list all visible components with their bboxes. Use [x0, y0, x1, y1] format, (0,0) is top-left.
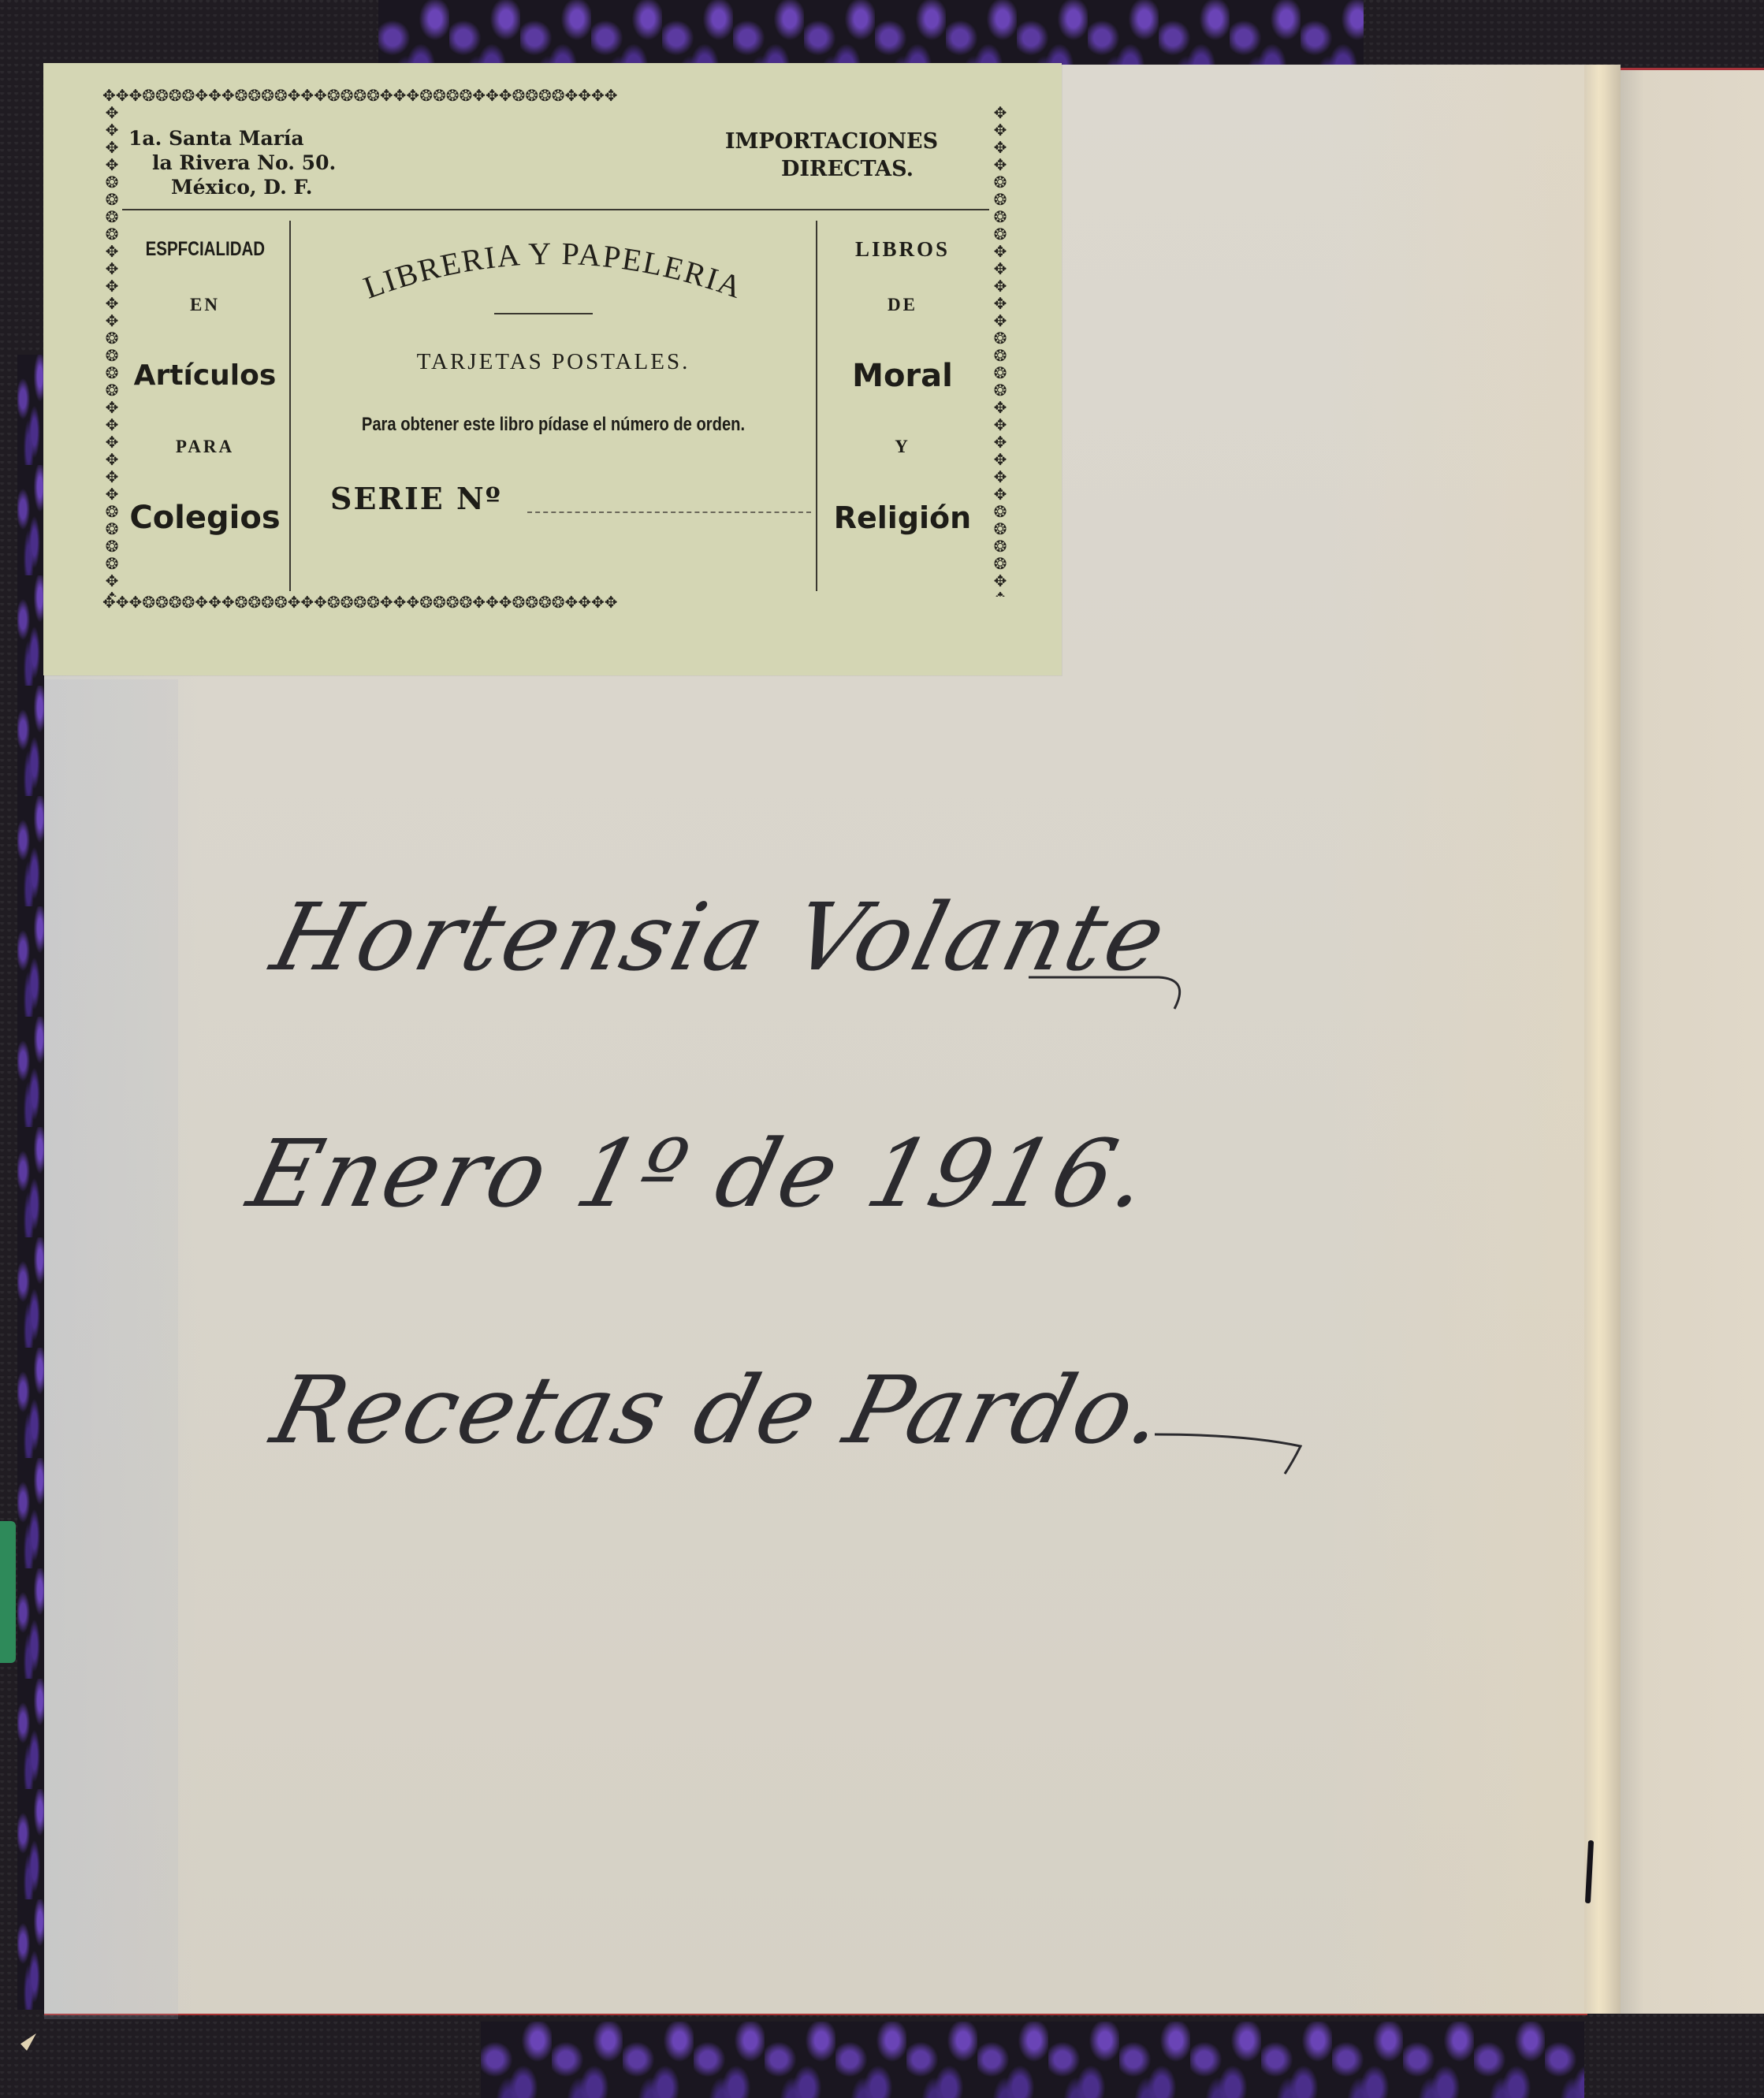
postcards-text: TARJETAS POSTALES.	[291, 349, 816, 375]
books-column: LIBROS DE Moral Y Religión	[820, 225, 985, 557]
order-note: Para obtener este libro pídase el número…	[333, 414, 773, 436]
flourish-stroke-2	[1151, 1419, 1324, 1482]
address-line: México, D. F.	[128, 175, 336, 199]
specialty-para: PARA	[122, 415, 288, 478]
inscription-date: Enero 1º de 1916.	[239, 1119, 1162, 1228]
divider-vertical-right	[816, 221, 817, 591]
imports-line: DIRECTAS.	[674, 155, 989, 183]
specialty-articulos: Artículos	[122, 337, 288, 415]
flourish-stroke-1	[1025, 962, 1198, 1025]
books-de: DE	[820, 273, 985, 337]
books-moral: Moral	[820, 337, 985, 415]
facing-page-edge	[1621, 68, 1764, 2014]
imports-line: IMPORTACIONES	[674, 128, 989, 155]
serie-label: SERIE Nº	[330, 481, 502, 516]
ornamental-border-right: ✥✥✥✥❂❂❂❂✥✥✥✥✥❂❂❂❂✥✥✥✥✥✥❂❂❂❂✥✥✥	[991, 104, 1010, 597]
shop-address: 1a. Santa María la Rivera No. 50. México…	[128, 126, 336, 199]
inscription-title: Recetas de Pardo.	[262, 1356, 1178, 1464]
marbled-board-bottom	[481, 2022, 1584, 2098]
marbled-board-top	[378, 0, 1364, 65]
specialty-column: ESPFCIALIDAD EN Artículos PARA Colegios	[122, 225, 288, 557]
paper-shadow	[44, 679, 178, 2019]
address-line: la Rivera No. 50.	[128, 151, 336, 175]
books-religion: Religión	[820, 478, 985, 557]
serie-number-blank	[527, 511, 811, 513]
svg-text:LIBRERIA Y PAPELERIA: LIBRERIA Y PAPELERIA	[359, 236, 747, 306]
book-gutter-fold	[1584, 65, 1621, 2014]
ornamental-border-left: ✥✥✥✥❂❂❂❂✥✥✥✥✥❂❂❂❂✥✥✥✥✥✥❂❂❂❂✥✥✥	[102, 104, 121, 597]
shop-name-arched: LIBRERIA Y PAPELERIA	[291, 225, 816, 319]
address-line: 1a. Santa María	[128, 126, 336, 151]
books-y: Y	[820, 415, 985, 478]
imports-heading: IMPORTACIONES DIRECTAS.	[674, 128, 989, 183]
short-divider	[494, 313, 593, 314]
marbled-board-left	[17, 355, 46, 2010]
divider-horizontal	[122, 209, 989, 210]
specialty-heading: ESPFCIALIDAD	[145, 225, 264, 273]
ornamental-border-top: ✥✥✥❂❂❂❂✥✥✥❂❂❂❂✥✥✥❂❂❂❂✥✥✥❂❂❂❂✥✥✥❂❂❂❂✥✥✥✥	[102, 87, 1009, 107]
green-bookmark-tab	[0, 1521, 16, 1663]
specialty-en: EN	[122, 273, 288, 337]
books-libros: LIBROS	[820, 225, 985, 273]
specialty-colegios: Colegios	[122, 478, 288, 557]
shop-name: LIBRERIA Y PAPELERIA	[359, 236, 747, 306]
ornamental-border-bottom: ✥✥✥❂❂❂❂✥✥✥❂❂❂❂✥✥✥❂❂❂❂✥✥✥❂❂❂❂✥✥✥❂❂❂❂✥✥✥✥	[102, 593, 1009, 614]
bookseller-label: ✥✥✥❂❂❂❂✥✥✥❂❂❂❂✥✥✥❂❂❂❂✥✥✥❂❂❂❂✥✥✥❂❂❂❂✥✥✥✥ …	[43, 63, 1062, 675]
paper-discoloration	[1329, 65, 1587, 2014]
